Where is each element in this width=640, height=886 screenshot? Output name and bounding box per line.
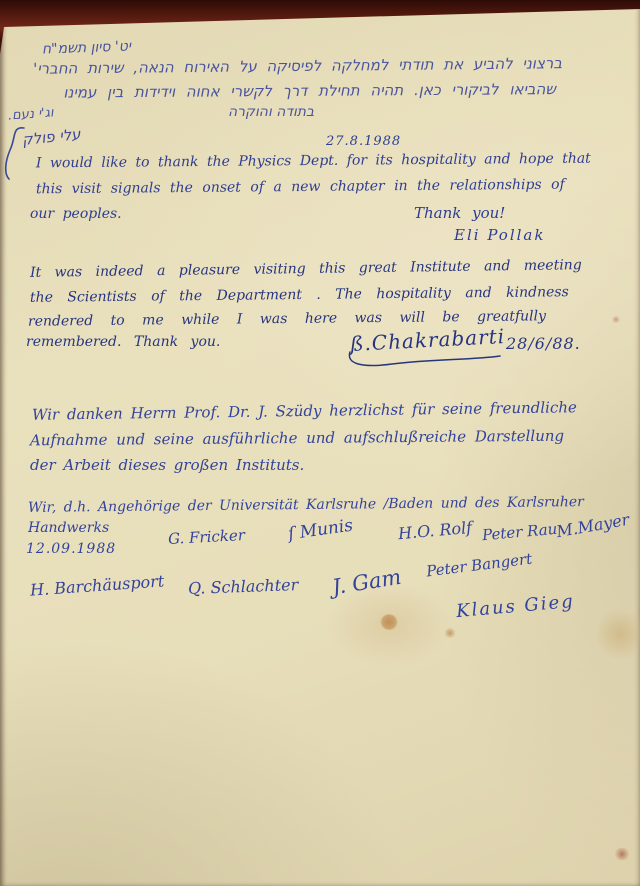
pollak-line-3: our peoples.: [30, 206, 122, 222]
german-signature-1: G. Fricker: [168, 526, 246, 548]
pollak-line-2: this visit signals the onset of a new ch…: [36, 177, 565, 198]
hebrew-line-2: שהביאו לביקורי כאן. תהיה תחילת דרך לקשרי…: [12, 80, 556, 102]
pollak-line-1: I would like to thank the Physics Dept. …: [36, 151, 591, 172]
hebrew-closing-left: וג'י נעם.: [8, 105, 55, 123]
german-signature-8: J. Gam: [331, 565, 403, 600]
chakrabarti-signature: ß.Chakrabarti: [349, 324, 505, 356]
hebrew-closing: בתודה והוקרה: [228, 104, 314, 120]
hebrew-signature: עלי פולק: [21, 125, 81, 149]
german-line-3: der Arbeit dieses großen Instituts.: [30, 456, 304, 474]
german-date: 12.09.1988: [26, 541, 116, 557]
hebrew-line-1: ברצוני להביע את תודתי למחלקה לפיסיקה על …: [28, 54, 562, 78]
german-affiliation-line-2: Handwerks: [28, 520, 109, 536]
pollak-date: 27.8.1988: [326, 134, 401, 149]
paper-stain: [612, 316, 620, 323]
german-signature-3: H.O. Rolf: [397, 518, 472, 543]
german-line-1: Wir danken Herrn Prof. Dr. J. Szüdy herz…: [32, 398, 577, 424]
paper-stain: [444, 628, 456, 638]
german-signature-2: ſ Munis: [287, 516, 354, 545]
pollak-thanks: Thank you!: [414, 204, 505, 222]
paper-stain: [380, 614, 398, 630]
paper-stain: [596, 608, 640, 660]
german-signature-9: Peter Bangert: [425, 550, 533, 581]
german-signature-4: Peter Rau: [481, 520, 558, 545]
chakrabarti-date: 28/6/88.: [506, 334, 581, 353]
german-signature-6: H. Barchäusport: [30, 571, 165, 599]
german-affiliation-line-1: Wir, d.h. Angehörige der Universität Kar…: [28, 494, 584, 516]
paper-stain: [614, 848, 630, 860]
pollak-signature: Eli Pollak: [454, 226, 545, 244]
chakrabarti-line-1: It was indeed a pleasure visiting this g…: [30, 257, 582, 281]
chakrabarti-line-2: the Scientists of the Department . The h…: [30, 284, 569, 306]
german-signature-7: Q. Schlachter: [188, 575, 299, 598]
german-signature-10: Klaus Gieg: [455, 591, 575, 622]
german-signature-5: M.Mayer: [555, 510, 631, 541]
chakrabarti-line-4: remembered. Thank you.: [26, 334, 220, 350]
german-line-2: Aufnahme und seine ausführliche und aufs…: [30, 427, 564, 450]
guestbook-photo: 20 יט' סיון תשמ"ח ברצוני להביע את תודתי …: [0, 0, 640, 886]
hebrew-date: יט' סיון תשמ"ח: [42, 38, 132, 57]
guestbook-page: 20 יט' סיון תשמ"ח ברצוני להביע את תודתי …: [0, 0, 640, 886]
